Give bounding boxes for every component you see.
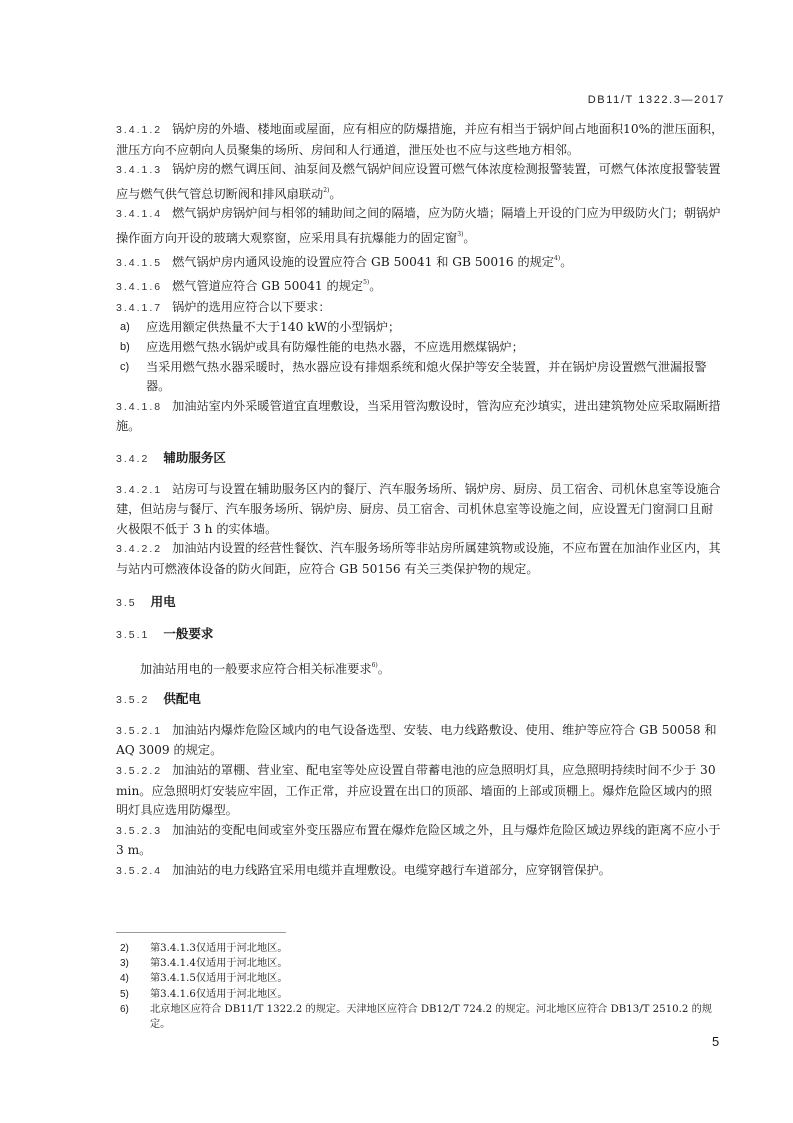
clause-3-4-1-6: 3.4.1.6燃气管道应符合 GB 50041 的规定5)。 (116, 273, 724, 298)
list-label: a) (120, 318, 146, 338)
clause-number: 3.4.2.2 (116, 543, 162, 555)
clause-text: 站房可与设置在辅助服务区内的餐厅、汽车服务场所、锅炉房、厨房、员工宿舍、司机休息… (116, 482, 721, 536)
clause-number: 3.4.2.1 (116, 484, 162, 496)
clause-3-4-1-4: 3.4.1.4燃气锅炉房锅炉间与相邻的辅助间之间的隔墙，应为防火墙；隔墙上开设的… (116, 204, 724, 248)
clause-end: 。 (463, 231, 475, 245)
list-text: 应选用燃气热水锅炉或具有防爆性能的电热水器，不应选用燃煤锅炉； (146, 338, 724, 358)
clause-number: 3.5.2.1 (116, 725, 162, 737)
clause-number: 3.4.1.5 (116, 257, 162, 269)
clause-text: 加油站内设置的经营性餐饮、汽车服务场所等非站房所属建筑物或设施，不应布置在加油作… (116, 541, 721, 576)
clause-3-4-2-1: 3.4.2.1站房可与设置在辅助服务区内的餐厅、汽车服务场所、锅炉房、厨房、员工… (116, 480, 724, 540)
heading-3-5-2: 3.5.2供配电 (116, 689, 724, 711)
list-text: 应选用额定供热量不大于140 kW的小型锅炉； (146, 318, 724, 338)
clause-number: 3.5.2.3 (116, 825, 162, 837)
footnote-label: 2) (116, 941, 150, 956)
clause-text: 加油站的电力线路宜采用电缆并直埋敷设。电缆穿越行车道部分，应穿钢管保护。 (172, 863, 611, 877)
clause-3-4-1-7: 3.4.1.7锅炉的选用应符合以下要求： (116, 298, 724, 319)
heading-number: 3.4.2 (116, 453, 149, 465)
heading-title: 一般要求 (163, 626, 213, 641)
footnote-item: 5)第3.4.1.6仅适用于河北地区。 (116, 987, 724, 1002)
heading-3-5: 3.5用电 (116, 592, 724, 614)
footnotes: 2)第3.4.1.3仅适用于河北地区。 3)第3.4.1.4仅适用于河北地区。 … (116, 941, 724, 1032)
heading-number: 3.5 (116, 597, 137, 609)
footnote-text: 第3.4.1.5仅适用于河北地区。 (150, 971, 724, 986)
list-item: c)当采用燃气热水器采暖时，热水器应设有排烟系统和熄火保护等安全装置，并在锅炉房… (116, 358, 724, 397)
clause-text: 加油站的罩棚、营业室、配电室等处应设置自带蓄电池的应急照明灯具，应急照明持续时间… (116, 763, 716, 817)
heading-title: 用电 (151, 594, 176, 609)
footnote-label: 3) (116, 956, 150, 971)
clause-number: 3.4.1.7 (116, 302, 162, 314)
main-content: 3.4.1.2锅炉房的外墙、楼地面或屋面，应有相应的防爆措施，并应有相当于锅炉间… (116, 120, 724, 882)
heading-title: 供配电 (163, 691, 201, 706)
clause-text: 锅炉房的外墙、楼地面或屋面，应有相应的防爆措施，并应有相当于锅炉间占地面积10%… (116, 122, 723, 157)
footnote-item: 6)北京地区应符合 DB11/T 1322.2 的规定。天津地区应符合 DB12… (116, 1002, 724, 1032)
clause-number: 3.4.1.8 (116, 401, 162, 413)
clause-text: 锅炉的选用应符合以下要求： (172, 300, 330, 314)
footnote-item: 3)第3.4.1.4仅适用于河北地区。 (116, 956, 724, 971)
clause-3-4-1-5: 3.4.1.5燃气锅炉房内通风设施的设置应符合 GB 50041 和 GB 50… (116, 249, 724, 274)
page-number: 5 (712, 1034, 719, 1049)
footnote-item: 2)第3.4.1.3仅适用于河北地区。 (116, 941, 724, 956)
footnote-text: 第3.4.1.6仅适用于河北地区。 (150, 987, 724, 1002)
clause-3-5-2-4: 3.5.2.4加油站的电力线路宜采用电缆并直埋敷设。电缆穿越行车道部分，应穿钢管… (116, 861, 724, 882)
clause-text: 加油站内爆炸危险区域内的电气设备选型、安装、电力线路敷设、使用、维护等应符合 G… (116, 723, 717, 758)
clause-number: 3.4.1.4 (116, 208, 162, 220)
clause-end: 。 (560, 255, 572, 269)
heading-number: 3.5.2 (116, 694, 149, 706)
clause-number: 3.4.1.2 (116, 124, 162, 136)
clause-end: 。 (329, 187, 341, 201)
heading-number: 3.5.1 (116, 629, 149, 641)
clause-3-5-2-2: 3.5.2.2加油站的罩棚、营业室、配电室等处应设置自带蓄电池的应急照明灯具，应… (116, 761, 724, 821)
footnote-divider (116, 932, 286, 933)
heading-3-4-2: 3.4.2辅助服务区 (116, 448, 724, 470)
list-text: 当采用燃气热水器采暖时，热水器应设有排烟系统和熄火保护等安全装置，并在锅炉房设置… (146, 358, 724, 397)
requirements-list: a)应选用额定供热量不大于140 kW的小型锅炉； b)应选用燃气热水锅炉或具有… (116, 318, 724, 396)
clause-3-4-1-8: 3.4.1.8加油站室内外采暖管道宜直埋敷设，当采用管沟敷设时，管沟应充沙填实，… (116, 397, 724, 437)
list-item: b)应选用燃气热水锅炉或具有防爆性能的电热水器，不应选用燃煤锅炉； (116, 338, 724, 358)
clause-end: 。 (369, 279, 381, 293)
heading-title: 辅助服务区 (163, 450, 226, 465)
paragraph-end: 。 (378, 662, 390, 676)
clause-3-4-1-3: 3.4.1.3锅炉房的燃气调压间、油泵间及燃气锅炉间应设置可燃气体浓度检测报警装… (116, 160, 724, 204)
document-code-header: DB11/T 1322.3—2017 (560, 94, 725, 106)
clause-number: 3.5.2.4 (116, 865, 162, 877)
clause-3-4-1-2: 3.4.1.2锅炉房的外墙、楼地面或屋面，应有相应的防爆措施，并应有相当于锅炉间… (116, 120, 724, 160)
clause-3-5-2-1: 3.5.2.1加油站内爆炸危险区域内的电气设备选型、安装、电力线路敷设、使用、维… (116, 721, 724, 761)
clause-text: 加油站室内外采暖管道宜直埋敷设，当采用管沟敷设时，管沟应充沙填实，进出建筑物处应… (116, 399, 721, 434)
clause-3-4-2-2: 3.4.2.2加油站内设置的经营性餐饮、汽车服务场所等非站房所属建筑物或设施，不… (116, 539, 724, 579)
clause-number: 3.4.1.6 (116, 281, 162, 293)
clause-3-5-2-3: 3.5.2.3加油站的变配电间或室外变压器应布置在爆炸危险区域之外，且与爆炸危险… (116, 821, 724, 861)
list-label: c) (120, 358, 146, 397)
footnote-item: 4)第3.4.1.5仅适用于河北地区。 (116, 971, 724, 986)
clause-text: 燃气锅炉房锅炉间与相邻的辅助间之间的隔墙，应为防火墙；隔墙上开设的门应为甲级防火… (116, 206, 721, 245)
clause-number: 3.5.2.2 (116, 765, 162, 777)
clause-text: 锅炉房的燃气调压间、油泵间及燃气锅炉间应设置可燃气体浓度检测报警装置，可燃气体浓… (116, 162, 721, 201)
footnote-text: 第3.4.1.3仅适用于河北地区。 (150, 941, 724, 956)
footnote-label: 6) (116, 1002, 150, 1032)
footnote-label: 5) (116, 987, 150, 1002)
footnote-label: 4) (116, 971, 150, 986)
clause-number: 3.4.1.3 (116, 164, 162, 176)
footnote-text: 北京地区应符合 DB11/T 1322.2 的规定。天津地区应符合 DB12/T… (150, 1002, 724, 1032)
clause-text: 燃气锅炉房内通风设施的设置应符合 GB 50041 和 GB 50016 的规定 (172, 255, 554, 269)
paragraph-3-5-1: 加油站用电的一般要求应符合相关标准要求6)。 (116, 656, 724, 680)
clause-text: 加油站的变配电间或室外变压器应布置在爆炸危险区域之外，且与爆炸危险区域边界线的距… (116, 823, 721, 858)
footnote-text: 第3.4.1.4仅适用于河北地区。 (150, 956, 724, 971)
clause-text: 燃气管道应符合 GB 50041 的规定 (172, 279, 363, 293)
list-item: a)应选用额定供热量不大于140 kW的小型锅炉； (116, 318, 724, 338)
heading-3-5-1: 3.5.1一般要求 (116, 624, 724, 646)
paragraph-text: 加油站用电的一般要求应符合相关标准要求 (140, 662, 372, 676)
list-label: b) (120, 338, 146, 358)
